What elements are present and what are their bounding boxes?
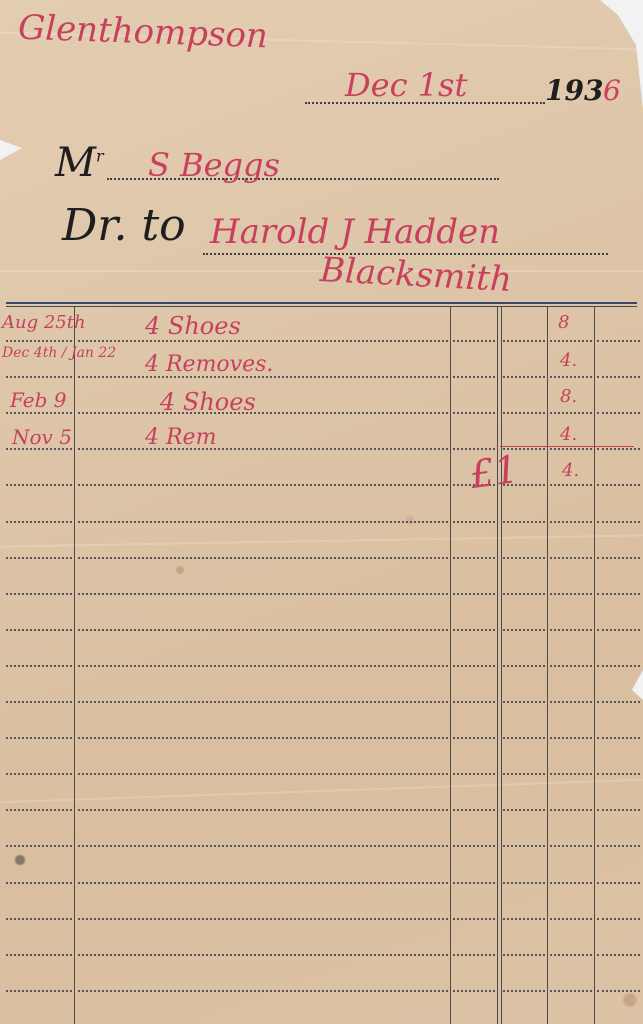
- ledger-rule: [597, 629, 640, 631]
- year-handwritten: 6: [603, 74, 621, 107]
- ledger-rule: [6, 593, 72, 595]
- ledger-rule: [6, 484, 72, 486]
- ledger-rule: [6, 845, 72, 847]
- ledger-rule: [453, 629, 495, 631]
- entry-date: Aug 25th: [2, 312, 86, 333]
- column-rule: [497, 306, 498, 1024]
- ledger-rule: [6, 773, 72, 775]
- ledger-rule: [550, 737, 592, 739]
- date-column-rule: [74, 306, 75, 1024]
- ledger-rule: [597, 737, 640, 739]
- dr-to-label: Dr. to: [62, 200, 186, 251]
- ledger-rule: [597, 954, 640, 956]
- ledger-rule: [6, 557, 72, 559]
- ledger-rule: [597, 773, 640, 775]
- ledger-rule: [78, 918, 448, 920]
- total-shillings: 4.: [562, 460, 579, 481]
- ledger-rule: [6, 701, 72, 703]
- ledger-rule: [78, 809, 448, 811]
- ledger-rule: [6, 990, 72, 992]
- ledger-rule: [6, 412, 72, 414]
- ledger-rule: [78, 773, 448, 775]
- customer-name: S Beggs: [148, 146, 280, 184]
- entry-description: 4 Shoes: [145, 312, 241, 340]
- ledger-rule: [503, 990, 545, 992]
- ledger-rule: [78, 484, 448, 486]
- ledger-rule: [453, 701, 495, 703]
- total-pounds: £1: [467, 447, 521, 497]
- ledger-rule: [78, 665, 448, 667]
- ledger-rule: [597, 521, 640, 523]
- ledger-rule: [503, 340, 545, 342]
- entry-amount: 4.: [560, 350, 577, 371]
- ledger-rule: [503, 882, 545, 884]
- ledger-rule: [597, 376, 640, 378]
- ledger-rule: [503, 954, 545, 956]
- ledger-rule: [550, 990, 592, 992]
- ledger-rule: [597, 557, 640, 559]
- ledger-rule: [503, 701, 545, 703]
- creditor-name: Harold J Hadden: [210, 212, 500, 252]
- ledger-top-rule: [6, 302, 637, 304]
- ledger-rule: [503, 629, 545, 631]
- ledger-rule: [78, 701, 448, 703]
- column-rule: [594, 306, 595, 1024]
- ledger-rule: [503, 737, 545, 739]
- ledger-rule: [78, 845, 448, 847]
- ledger-rule: [597, 845, 640, 847]
- ledger-rule: [453, 845, 495, 847]
- ledger-rule: [550, 448, 592, 450]
- ledger-rule: [597, 593, 640, 595]
- entry-description: 4 Removes.: [145, 352, 273, 377]
- entry-date: Nov 5: [12, 425, 72, 449]
- ledger-rule: [453, 773, 495, 775]
- ledger-rule: [453, 737, 495, 739]
- ledger-rule: [453, 882, 495, 884]
- ledger-rule: [6, 665, 72, 667]
- ledger-rule: [453, 593, 495, 595]
- ledger-rule: [78, 737, 448, 739]
- ledger-rule: [550, 809, 592, 811]
- ledger-rule: [550, 773, 592, 775]
- ledger-rule: [597, 665, 640, 667]
- ledger-rule: [550, 376, 592, 378]
- ledger-rule: [453, 412, 495, 414]
- year-printed: 193: [545, 74, 603, 107]
- ledger-rule: [503, 665, 545, 667]
- creditor-trade: Blacksmith: [319, 250, 513, 300]
- ledger-rule: [597, 340, 640, 342]
- ledger-rule: [550, 629, 592, 631]
- ledger-rule: [597, 412, 640, 414]
- ledger-rule: [6, 737, 72, 739]
- ledger-rule: [550, 845, 592, 847]
- ledger-rule: [503, 809, 545, 811]
- ledger-rule: [6, 954, 72, 956]
- ledger-rule: [6, 376, 72, 378]
- ledger-rule: [6, 340, 72, 342]
- ledger-rule: [453, 557, 495, 559]
- ledger-rule: [550, 521, 592, 523]
- ledger-rule: [597, 918, 640, 920]
- entry-amount: 8: [558, 312, 569, 333]
- entry-amount: 4.: [560, 424, 577, 445]
- column-rule: [547, 306, 548, 1024]
- ledger-rule: [6, 629, 72, 631]
- ledger-rule: [550, 665, 592, 667]
- ledger-rule: [453, 340, 495, 342]
- ledger-rule: [550, 954, 592, 956]
- ledger-rule: [503, 412, 545, 414]
- invoice-paper: Glenthompson Dec 1st 193 6 Mr S Beggs Dr…: [0, 0, 643, 1024]
- ledger-rule: [503, 845, 545, 847]
- ledger-top-rule: [6, 306, 637, 307]
- ledger-rule: [78, 882, 448, 884]
- ledger-rule: [78, 954, 448, 956]
- ledger-rule: [550, 557, 592, 559]
- entry-date: Dec 4th / Jan 22: [2, 345, 116, 361]
- total-rule: [500, 446, 634, 447]
- ledger-rule: [453, 918, 495, 920]
- ledger-rule: [550, 701, 592, 703]
- ledger-rule: [503, 376, 545, 378]
- column-rule: [450, 306, 451, 1024]
- ledger-rule: [597, 448, 640, 450]
- place-name: Glenthompson: [17, 8, 268, 57]
- ledger-rule: [78, 448, 448, 450]
- ledger-rule: [550, 918, 592, 920]
- ledger-rule: [550, 412, 592, 414]
- ledger-rule: [597, 701, 640, 703]
- column-rule: [501, 306, 502, 1024]
- ledger-rule: [6, 918, 72, 920]
- ledger-rule: [503, 593, 545, 595]
- ledger-rule: [78, 629, 448, 631]
- entry-description: 4 Shoes: [160, 388, 256, 416]
- ledger-rule: [503, 557, 545, 559]
- ledger-rule: [503, 521, 545, 523]
- ledger-rule: [597, 484, 640, 486]
- ledger-rule: [550, 593, 592, 595]
- ledger-rule: [550, 340, 592, 342]
- entry-amount: 8.: [560, 386, 577, 407]
- entry-description: 4 Rem: [145, 425, 216, 450]
- mr-label: Mr: [55, 140, 104, 186]
- ledger-rule: [6, 882, 72, 884]
- ledger-rule: [550, 484, 592, 486]
- ledger-rule: [503, 773, 545, 775]
- ledger-rule: [453, 376, 495, 378]
- ledger-rule: [78, 557, 448, 559]
- ledger-rule: [6, 809, 72, 811]
- ledger-rule: [78, 990, 448, 992]
- entry-date: Feb 9: [10, 388, 67, 412]
- ledger-rule: [597, 882, 640, 884]
- ledger-rule: [453, 954, 495, 956]
- ledger-rule: [597, 809, 640, 811]
- ledger-rule: [78, 593, 448, 595]
- ledger-rule: [550, 882, 592, 884]
- ledger-rule: [453, 665, 495, 667]
- ledger-rule: [78, 521, 448, 523]
- ledger-rule: [78, 412, 448, 414]
- ledger-rule: [453, 809, 495, 811]
- ledger-rule: [453, 521, 495, 523]
- ledger-rule: [503, 918, 545, 920]
- ledger-rule: [597, 990, 640, 992]
- ledger-rule: [78, 340, 448, 342]
- ledger-rule: [6, 521, 72, 523]
- date-handwritten: Dec 1st: [345, 66, 467, 104]
- ledger-rule: [453, 990, 495, 992]
